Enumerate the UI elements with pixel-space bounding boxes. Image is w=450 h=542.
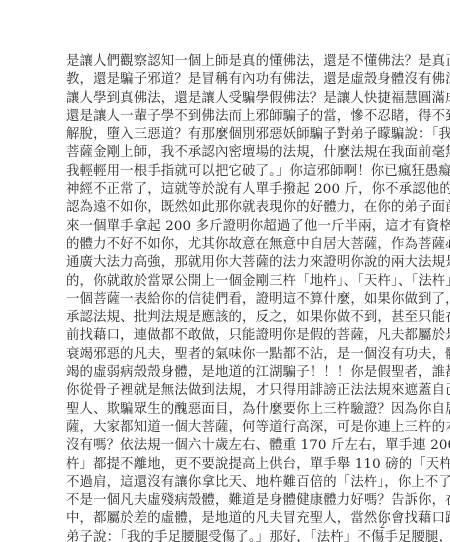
text-line: 不過肩，這還沒有讓你拿比天、地杵難百倍的「法杵」，你上不了三杵， (66, 474, 390, 492)
text-line: 前找藉口，連做都不敢做，只能證明你是假的菩薩，凡夫都屬於是體力 (66, 327, 390, 345)
text-line: 弟子說：「我的手足腰腿受傷了。」那好，「法杵」不傷手足腰腿，只需 (66, 529, 390, 542)
text-line: 杵」都提不離地，更不要說提高上供台，單手舉 110 磅的「天杵」都舉 (66, 456, 390, 474)
text-line: 沒有嗎？依法規一個六十歲左右、體重 170 斤左右，單手連 200 磅的「地 (66, 437, 390, 455)
text-line: 通廣大法力高強，那就用你大菩薩的法力來證明你說的兩大法規是不行 (66, 254, 390, 272)
text-line: 神經不正常了，這就等於說有人單手撥起 200 斤，你不承認他的體力好， (66, 181, 390, 199)
text-line: 的，你就敢於當眾公開上一個金剛三杵「地杵」、「天杵」、「法杵」，送 (66, 273, 390, 291)
text-line: 一個菩薩一表給你的信徒們看，證明這不算什麼，如果你做到了，你不 (66, 291, 390, 309)
text-line: 聖人、欺騙眾生的醜惡面目，為什麼要你上三杵驗證？因為你自居大菩 (66, 401, 390, 419)
page-number: 2 (380, 520, 385, 531)
text-line: 還是讓人一輩子學不到佛法而上邪師騙子的當，慘不忍睹，得不到成就 (66, 108, 390, 126)
text-line: 來一個單手拿起 200 多斤證明你超過了他一斤半兩，這才有資格否認他 (66, 218, 390, 236)
text-line: 中，都屬於差的虛體，是地道的凡夫冒充聖人，當然你會找藉口跟你的 (66, 510, 390, 528)
document-page: 是讓人們觀察認知一個上師是真的懂佛法，還是不懂佛法？是真正的佛 教，還是騙子邪道… (0, 0, 450, 542)
text-line: 讓人學到真佛法，還是讓人受騙學假佛法？是讓人快捷福慧圓滿成就， (66, 90, 390, 108)
text-line: 菩薩金剛上師，我不承認內密壇場的法規，什麼法規在我面前毫無作用， (66, 144, 390, 162)
text-line: 衰竭邪惡的凡夫，聖者的氣味你一點都不沾，是一個沒有功夫，體力衰 (66, 346, 390, 364)
text-line: 我輕輕用一根手指就可以把它破了。」你這邪師啊！你已瘋狂愚癡到了 (66, 163, 390, 181)
text-line: 承認法規、批判法規是應該的，反之，如果你做不到，甚至只能在弟子 (66, 309, 390, 327)
text-line: 你從骨子裡就是無法做到法規，才只得用誹謗正法法規來遮蓋自己冒充 (66, 382, 390, 400)
text-line: 薩，大家都知道一個大菩薩，何等道行高深，可是你連上三杵的本事都 (66, 419, 390, 437)
text-line: 解脫，墮入三惡道？有那麼個別邪惡妖師騙子對弟子矇騙說：「我是大 (66, 126, 390, 144)
text-line: 竭的虛弱病殼殼身體，是地道的江湖騙子！！！你是假聖者，誰都知道 (66, 364, 390, 382)
text-line: 的體力不好不如你，尤其你故意在無意中自居大菩薩，作為菩薩必然神 (66, 236, 390, 254)
text-line: 認為遠不如你，既然如此那你就表現你的好體力，在你的弟子面前，也 (66, 199, 390, 217)
text-line: 是讓人們觀察認知一個上師是真的懂佛法，還是不懂佛法？是真正的佛 (66, 53, 390, 71)
text-line: 教，還是騙子邪道？是冒稱有內功有佛法，還是虛殼身體沒有佛法？是 (66, 71, 390, 89)
text-line: 不是一個凡夫虛殘病殼體，難道是身體健康體力好嗎？告訴你，在凡夫 (66, 492, 390, 510)
body-text: 是讓人們觀察認知一個上師是真的懂佛法，還是不懂佛法？是真正的佛 教，還是騙子邪道… (66, 53, 390, 542)
